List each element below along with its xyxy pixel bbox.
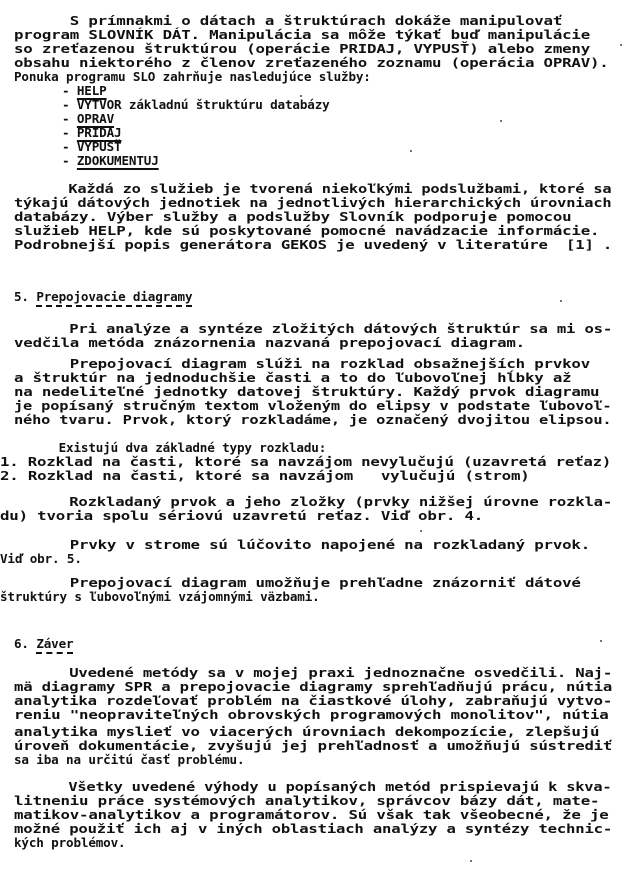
paragraph-line: reniu "neopraviteľných obrovských progra…	[14, 708, 609, 722]
paragraph-line: Rozkladaný prvok a jeho zložky (prvky ni…	[14, 495, 612, 509]
numbered-item: 1. Rozklad na časti, ktoré sa navzájom n…	[0, 455, 611, 469]
scan-speck	[300, 95, 302, 97]
paragraph-line: matikov-analytikov a programátorov. Sú v…	[14, 808, 609, 822]
paragraph-line: na nedeliteľné jednotky datovej štruktúr…	[14, 385, 599, 399]
section-6-heading: 6. Záver	[14, 637, 73, 651]
paragraph-line: Prvky v strome sú lúčovito napojené na r…	[14, 538, 590, 552]
paragraph-line: Viď obr. 5.	[0, 552, 82, 566]
scan-speck	[420, 530, 422, 532]
paragraph-line: Všetky uvedené výhody u popísaných metód…	[14, 780, 611, 794]
scan-speck	[500, 120, 502, 122]
scan-speck	[560, 300, 562, 302]
list-item: - OPRAV	[62, 112, 114, 126]
service-vypust: VYPUSŤ	[77, 139, 122, 154]
paragraph-line: Pri analýze a syntéze zložitých dátových…	[14, 322, 612, 336]
paragraph-line: databázy. Výber služby a podslužby Slovn…	[14, 210, 571, 224]
paragraph-line: služieb HELP, kde sú poskytované pomocné…	[14, 224, 599, 238]
service-pridaj: PRIDAJ	[77, 125, 122, 140]
intro-line: obsahu niektorého z členov zreťazeného z…	[14, 56, 609, 70]
section-number: 5.	[14, 289, 29, 304]
paragraph-line: vedčila metóda znázornenia nazvaná prepo…	[14, 336, 525, 350]
numbered-item: 2. Rozklad na časti, ktoré sa navzájom v…	[0, 469, 530, 483]
service-oprav: OPRAV	[77, 111, 114, 126]
paragraph-line: mä diagramy SPR a prepojovacie diagramy …	[14, 680, 612, 694]
service-help: HELP	[77, 83, 107, 98]
list-item: - ZDOKUMENTUJ	[62, 154, 159, 168]
section-title: Záver	[36, 636, 73, 651]
intro-line: so zreťazenou štruktúrou (operácie PRIDA…	[14, 42, 590, 56]
list-dash: -	[62, 153, 69, 168]
section-title: Prepojovacie diagramy	[36, 289, 192, 304]
list-item: - PRIDAJ	[62, 126, 121, 140]
paragraph-line: kých problémov.	[14, 836, 125, 850]
paragraph-line: a štruktúr na jednoduchšie časti a to do…	[14, 371, 571, 385]
paragraph-line: Existujú dva základné typy rozkladu:	[14, 441, 326, 455]
paragraph-line: du) tvoria spolu sériovú uzavretú reťaz.…	[0, 509, 483, 523]
paragraph-line: Prepojovací diagram slúži na rozklad obs…	[14, 357, 590, 371]
intro-line: Ponuka programu SLO zahrňuje nasledujúce…	[14, 70, 371, 84]
paragraph-line: Každá zo služieb je tvorená niekoľkými p…	[14, 182, 611, 196]
paragraph-line: úroveň dokumentácie, zvyšujú jej prehľad…	[14, 739, 612, 753]
scan-speck	[470, 860, 472, 862]
list-item: - VYTVOR základnú štruktúru databázy	[62, 98, 330, 112]
paragraph-line: je popísaný stručným textom vloženým do …	[14, 399, 611, 413]
paragraph-line: sa iba na určitú časť problému.	[14, 753, 244, 767]
paragraph-line: možné použiť ich aj v iných oblastiach a…	[14, 822, 612, 836]
section-5-heading: 5. Prepojovacie diagramy	[14, 290, 192, 304]
paragraph-line: týkajú dátových jednotiek na jednotlivýc…	[14, 196, 611, 210]
list-dash: -	[62, 97, 69, 112]
scan-speck	[600, 640, 602, 642]
paragraph-line: analytika myslieť vo viacerých úrovniach…	[14, 725, 599, 739]
list-dash: -	[62, 83, 69, 98]
service-vytvor: VYTVOR základnú štruktúru databázy	[77, 97, 330, 112]
paragraph-line: analytika rozdeľovať problém na čiastkov…	[14, 694, 612, 708]
paragraph-line: Prepojovací diagram umožňuje prehľadne z…	[14, 576, 581, 590]
service-zdokumentuj: ZDOKUMENTUJ	[77, 153, 159, 168]
paragraph-line: ného tvaru. Prvok, ktorý rozkladáme, je …	[14, 413, 611, 427]
paragraph-line: štruktúry s ľubovoľnými vzájomnými väzba…	[0, 590, 320, 604]
list-dash: -	[62, 111, 69, 126]
scan-speck	[620, 44, 622, 46]
list-item: - HELP	[62, 84, 107, 98]
list-dash: -	[62, 125, 69, 140]
list-item: - VYPUSŤ	[62, 140, 121, 154]
paragraph-line: Uvedené metódy sa v mojej praxi jednozna…	[14, 666, 612, 680]
intro-line: S prímnakmi o dátach a štruktúrach dokáž…	[14, 14, 562, 28]
scan-speck	[410, 150, 412, 152]
intro-line: program SLOVNÍK DÁT. Manipulácia sa môže…	[14, 28, 590, 42]
paragraph-line: litneniu práce systémových analytikov, s…	[14, 794, 599, 808]
section-number: 6.	[14, 636, 29, 651]
list-dash: -	[62, 139, 69, 154]
paragraph-line: Podrobnejší popis generátora GEKOS je uv…	[14, 238, 612, 252]
